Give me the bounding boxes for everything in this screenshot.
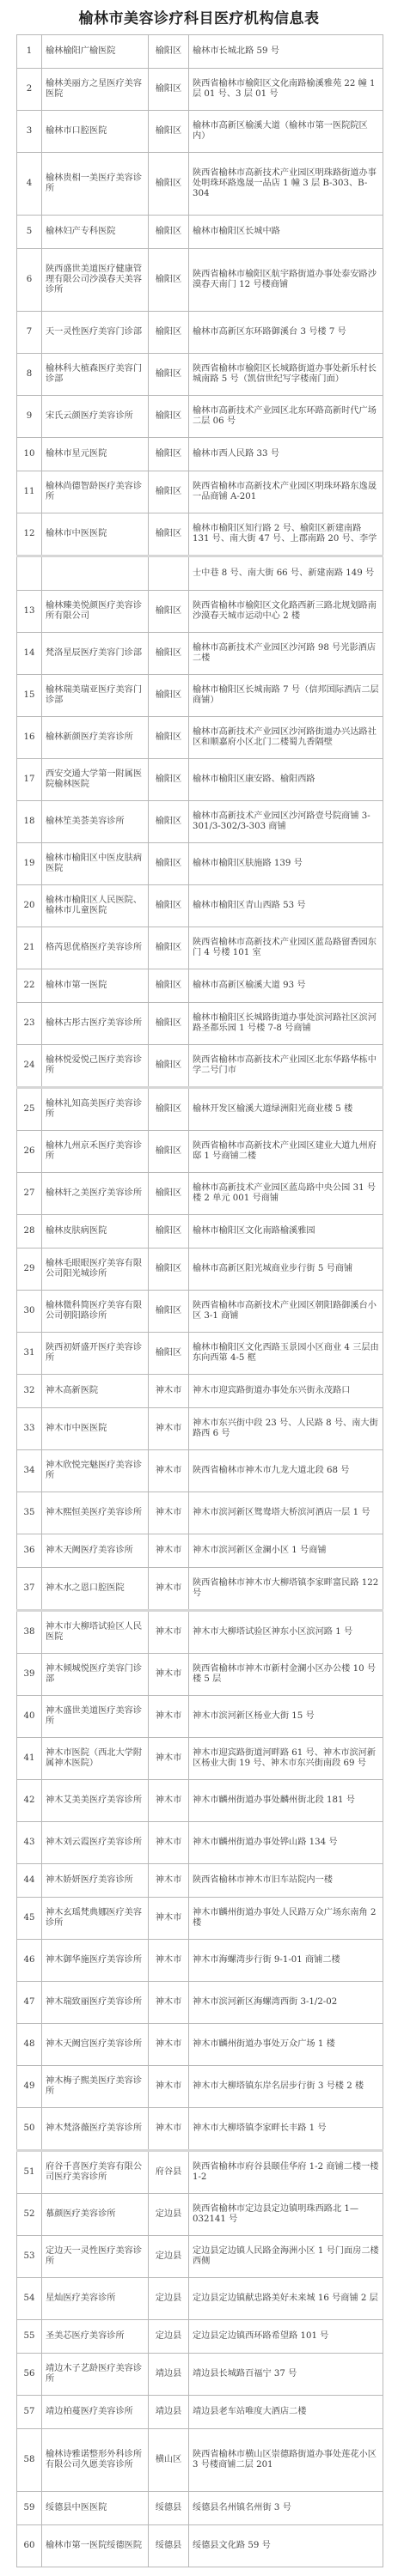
institution-name-text: 靖边木子艺龄医疗美容诊所 [46, 2364, 144, 2385]
table-row: 11榆林尚德智龄医疗美容诊所榆阳区陕西省榆林市高新技术产业园区明珠环路东逸晟一品… [17, 471, 383, 513]
institution-name-cell: 榆林轩之美医疗美容诊所 [42, 1173, 149, 1215]
institution-name-cell: 神木高新医院 [42, 1375, 149, 1408]
institution-name-cell: 神木御华施医疗美容诊所 [42, 1940, 149, 1982]
address-cell: 陕西省榆林市神木市九龙大道北段 68 号 [189, 1450, 383, 1492]
row-number-cell: 30 [17, 1291, 42, 1333]
table-row: 48神木天阙宫医疗美容诊所神木市神木市麟州街道办事处万众广场 1 楼 [17, 2024, 383, 2066]
district-cell: 神木市 [149, 2108, 189, 2151]
district-text: 榆阳区 [152, 411, 185, 422]
row-number-text: 28 [21, 1226, 38, 1236]
district-cell: 榆阳区 [149, 1215, 189, 1249]
address-text: 定边县定边镇人民路金海洲小区 1 号门面房二楼西侧 [193, 2246, 379, 2267]
row-number-text: 51 [21, 2167, 38, 2178]
district-text: 榆阳区 [152, 1104, 185, 1115]
address-cell: 榆林市高新区阳光城商业步行街 5 号商铺 [189, 1249, 383, 1291]
institution-name-cell: 格芮思优格医疗美容诊所 [42, 927, 149, 969]
address-cell: 神木市海螺湾步行街 9-1-01 商铺二楼 [189, 1940, 383, 1982]
address-cell: 陕西省榆林市府谷县颐佳华府 1-2 商铺二楼一楼 1-2 [189, 2151, 383, 2194]
table-row: 52慕颜医疗美容诊所定边县陕西省榆林市定边县定边镇明珠西路北 1—032141 … [17, 2194, 383, 2236]
address-text: 绥德县名州镇名州街 3 号 [193, 2503, 379, 2513]
table-row: 30榆林微科简医疗美容有限公司朝阳路诊所榆阳区陕西省榆林市高新技术产业园区朝阳路… [17, 1291, 383, 1333]
table-row: 21格芮思优格医疗美容诊所榆阳区陕西省榆林市高新技术产业园区蓝岛路留香园东门 4… [17, 927, 383, 969]
address-cell: 神木市麟州街道办事处铧山路 134 号 [189, 1822, 383, 1864]
row-number-cell: 40 [17, 1696, 42, 1738]
institution-name-text: 神木玄瑶梵典娜医疗美容诊所 [46, 1908, 144, 1929]
address-cell: 神木市麟州街道办事处万众广场 1 楼 [189, 2024, 383, 2066]
address-text: 陕西省榆林市榆阳区文化路西新三路北规划路南沙漠春天城市运动中心 2 楼 [193, 601, 379, 622]
row-number-text: 45 [21, 1913, 38, 1923]
row-number-text: 30 [21, 1306, 38, 1316]
district-cell: 神木市 [149, 1492, 189, 1534]
institution-name-text: 圣美芯医疗美容诊所 [46, 2331, 144, 2342]
district-text: 横山区 [152, 2455, 185, 2465]
district-cell: 榆阳区 [149, 927, 189, 969]
address-cell: 榆林市高新技术产业园区蓝岛路中央公园 31 号楼 2 单元 001 号商铺 [189, 1173, 383, 1215]
address-text: 榆林市榆阳区长城中路 [193, 227, 379, 237]
institution-name-cell: 榆林笙美荟美容诊所 [42, 801, 149, 843]
address-text: 靖边县老车站唯度大酒店二楼 [193, 2407, 379, 2417]
address-text: 陕西省榆林市高新技术产业园区北东华路华栋中学二号门市 [193, 1055, 379, 1076]
row-number-text: 5 [21, 227, 38, 237]
address-text: 定边县定边镇献忠路美好未来城 16 号商铺 2 层 [193, 2293, 379, 2304]
district-text: 靖边县 [152, 2369, 185, 2379]
address-text: 榆林市高新技术产业园区沙河路街道办兴达路社区和顺嘉府小区北门二楼蜀九香隔壁 [193, 727, 379, 748]
institution-name-cell: 榆林市星元医院 [42, 438, 149, 471]
district-text: 榆阳区 [152, 1226, 185, 1236]
address-cell: 定边县定边镇西环路希望路 101 号 [189, 2320, 383, 2354]
row-number-text: 6 [21, 275, 38, 285]
institution-name-text: 榆林笙美荟美容诊所 [46, 817, 144, 827]
institution-name-cell: 榆林九州京禾医疗美容诊所 [42, 1131, 149, 1173]
table-row: 4榆林贵相一美医疗美容诊所榆阳区陕西省榆林市高新技术产业园区明珠路街道办事处明珠… [17, 153, 383, 216]
address-text: 神木市麟州街道办事处人民路万众广场东南角 2 楼 [193, 1908, 379, 1929]
row-number-cell: 26 [17, 1131, 42, 1173]
page-title: 榆林市美容诊疗科目医疗机构信息表 [0, 7, 398, 31]
institution-name-cell: 神木市医院（西北大学附属神木医院） [42, 1738, 149, 1780]
institution-name-text: 榆林美丽方之星医疗美容医院 [46, 79, 144, 100]
table-row: 16榆林新颜医疗美容诊所榆阳区榆林市高新技术产业园区沙河路街道办兴达路社区和顺嘉… [17, 717, 383, 759]
address-text: 榆林市榆阳区长城路街道办事处滨河路社区滨河路圣都乐园 1 号楼 7-8 号商铺 [193, 1013, 379, 1034]
address-text: 陕西省榆林市府谷县颐佳华府 1-2 商铺二楼一楼 1-2 [193, 2162, 379, 2183]
row-number-cell: 18 [17, 801, 42, 843]
institution-name-cell: 神木水之恩口腔医院 [42, 1568, 149, 1611]
row-number-text: 4 [21, 179, 38, 189]
institution-name-text: 榆林市榆阳区中医皮肤病医院 [46, 854, 144, 874]
row-number-cell: 16 [17, 717, 42, 759]
institution-name-text: 榆林市榆阳区人民医院、榆林市儿童医院 [46, 896, 144, 916]
row-number-cell: 20 [17, 885, 42, 927]
table-row: 12榆林市中医医院榆阳区榆林市榆阳区知行路 2 号、榆阳区新建南路 131 号、… [17, 513, 383, 556]
row-number-cell: 60 [17, 2525, 42, 2567]
address-cell: 士中巷 8 号、南大街 66 号、新建南路 149 号 [189, 556, 383, 591]
address-text: 神木市麟州街道办事处万众广场 1 楼 [193, 2039, 379, 2050]
row-number-cell: 17 [17, 759, 42, 801]
district-text: 榆阳区 [152, 327, 185, 337]
institution-name-text: 榆林市星元医院 [46, 449, 144, 459]
district-cell: 神木市 [149, 1982, 189, 2024]
row-number-text: 8 [21, 369, 38, 380]
district-text: 神木市 [152, 1583, 185, 1594]
district-text: 榆阳区 [152, 1306, 185, 1316]
district-text: 榆阳区 [152, 981, 185, 991]
district-cell: 神木市 [149, 1822, 189, 1864]
institution-name-text: 神木艾美美医疗美容诊所 [46, 1795, 144, 1806]
address-cell: 绥德县文化路 59 号 [189, 2525, 383, 2567]
district-text: 神木市 [152, 1508, 185, 1518]
row-number-text: 13 [21, 606, 38, 617]
row-number-cell: 22 [17, 969, 42, 1003]
district-text: 定边县 [152, 2331, 185, 2342]
institution-name-text: 神木高新医院 [46, 1386, 144, 1396]
address-cell: 陕西省榆林市高新技术产业园区明珠环路东逸晟一品商铺 A-201 [189, 471, 383, 513]
address-cell: 榆林市高新区榆溪大道（榆林市第一医院院区内） [189, 111, 383, 153]
row-number-text: 12 [21, 529, 38, 539]
institution-name-text: 神木水之恩口腔医院 [46, 1583, 144, 1594]
district-text: 神木市 [152, 2081, 185, 2092]
address-text: 榆林开发区榆溪大道绿洲阳光商业楼 5 楼 [193, 1104, 379, 1115]
row-number-text: 17 [21, 775, 38, 785]
district-text: 榆阳区 [152, 84, 185, 94]
address-text: 陕西省榆林市横山区崇德路街道办事处莲花小区 3 号楼商铺二层 201 [193, 2450, 379, 2470]
address-text: 陕西省榆林市榆阳区文化南路榆溪雅苑 22 幢 1 层 01 号、3 层 01 号 [193, 79, 379, 100]
row-number-cell: 35 [17, 1492, 42, 1534]
row-number-cell: 14 [17, 633, 42, 675]
address-cell: 陕西省榆林市定边县定边镇明珠西路北 1—032141 号 [189, 2194, 383, 2236]
table-row: 6陕西盛世美道医疗健康管理有限公司沙漠春天美容诊所榆阳区陕西省榆林市榆阳区航宇路… [17, 249, 383, 312]
row-number-cell: 13 [17, 591, 42, 633]
table-row: 25榆林礼知高美医疗美容诊所榆阳区榆林开发区榆溪大道绿洲阳光商业楼 5 楼 [17, 1088, 383, 1131]
institution-name-text: 榆林尚德智龄医疗美容诊所 [46, 482, 144, 502]
address-text: 士中巷 8 号、南大街 66 号、新建南路 149 号 [193, 568, 379, 579]
institution-name-cell: 绥德县中医医院 [42, 2492, 149, 2525]
district-cell: 神木市 [149, 1940, 189, 1982]
address-cell: 陕西省榆林市高新技术产业园区建业大道九州府邸 1 号商铺二楼 [189, 1131, 383, 1173]
address-cell: 陕西省榆林市神木市新村金澜小区办公楼 10 号楼 5 层 [189, 1654, 383, 1696]
institution-name-text: 靖边柏蔓医疗美容诊所 [46, 2407, 144, 2417]
row-number-cell: 23 [17, 1003, 42, 1045]
address-cell: 榆林市榆阳区康安路、榆阳西路 [189, 759, 383, 801]
institution-name-text: 慕颜医疗美容诊所 [46, 2209, 144, 2220]
table-row: 20榆林市榆阳区人民医院、榆林市儿童医院榆阳区榆林市榆阳区青山西路 53 号 [17, 885, 383, 927]
institution-name-cell: 神木刘云霞医疗美容诊所 [42, 1822, 149, 1864]
row-number-cell: 54 [17, 2278, 42, 2320]
row-number-cell: 36 [17, 1534, 42, 1568]
institution-name-cell: 榆林臻美悦颜医疗美容诊所有限公司 [42, 591, 149, 633]
row-number-cell: 55 [17, 2320, 42, 2354]
institution-name-cell: 神木倾城悦医疗美容门诊部 [42, 1654, 149, 1696]
address-cell: 神木市大柳塔镇李家畔长丰路 1 号 [189, 2108, 383, 2151]
table-row: 53定边天一灵性医疗美容诊所定边县定边县定边镇人民路金海洲小区 1 号门面房二楼… [17, 2236, 383, 2278]
row-number-cell: 50 [17, 2108, 42, 2151]
table-row: 9宋氏云颜医疗美容诊所榆阳区榆林市高新技术产业园区北东环路高新时代广场二层 06… [17, 396, 383, 438]
row-number-text: 54 [21, 2293, 38, 2304]
row-number-text: 24 [21, 1060, 38, 1071]
district-cell: 榆阳区 [149, 1088, 189, 1131]
district-cell: 神木市 [149, 1568, 189, 1611]
district-cell: 榆阳区 [149, 969, 189, 1003]
address-cell: 陕西省榆林市横山区崇德路街道办事处莲花小区 3 号楼商铺二层 201 [189, 2429, 383, 2492]
table-row: 3榆林市口腔医院榆阳区榆林市高新区榆溪大道（榆林市第一医院院区内） [17, 111, 383, 153]
row-number-cell: 25 [17, 1088, 42, 1131]
row-number-cell: 29 [17, 1249, 42, 1291]
address-cell: 定边县定边镇人民路金海洲小区 1 号门面房二楼西侧 [189, 2236, 383, 2278]
address-text: 榆林市西人民路 33 号 [193, 449, 379, 459]
row-number-cell: 31 [17, 1333, 42, 1375]
address-cell: 榆林市榆阳区知行路 2 号、榆阳区新建南路 131 号、南大街 47 号、上郡南… [189, 513, 383, 556]
row-number-text: 53 [21, 2251, 38, 2262]
institution-name-cell: 星灿医疗美容诊所 [42, 2278, 149, 2320]
row-number-text: 26 [21, 1146, 38, 1157]
address-cell: 陕西省榆林市高新技术产业园区朝阳路御溪台小区 3-1 商铺 [189, 1291, 383, 1333]
address-text: 陕西省榆林市神木市新村金澜小区办公楼 10 号楼 5 层 [193, 1664, 379, 1685]
district-cell: 榆阳区 [149, 759, 189, 801]
institution-name-cell: 榆林新颜医疗美容诊所 [42, 717, 149, 759]
row-number-cell: 7 [17, 312, 42, 354]
table-row: 2榆林美丽方之星医疗美容医院榆阳区陕西省榆林市榆阳区文化南路榆溪雅苑 22 幢 … [17, 69, 383, 111]
address-cell: 陕西省榆林市高新技术产业园区明珠路街道办事处明珠环路逸晟一品店 1 幢 3 层 … [189, 153, 383, 216]
district-text: 神木市 [152, 1466, 185, 1476]
institution-name-text: 榆林榆阳广榆医院 [46, 46, 144, 57]
table-row: 41神木市医院（西北大学附属神木医院）神木市神木市迎宾路街道河畔路 61 号、神… [17, 1738, 383, 1780]
address-cell: 榆林市西人民路 33 号 [189, 438, 383, 471]
district-cell: 神木市 [149, 1738, 189, 1780]
institution-name-cell: 神木娇妍医疗美容诊所 [42, 1864, 149, 1898]
address-text: 陕西省榆林市高新技术产业园区明珠路街道办事处明珠环路逸晟一品店 1 幢 3 层 … [193, 168, 379, 200]
district-text: 定边县 [152, 2293, 185, 2304]
row-number-cell: 32 [17, 1375, 42, 1408]
row-number-text: 14 [21, 648, 38, 659]
institution-name-cell: 榆林皮肤病医院 [42, 1215, 149, 1249]
address-text: 神木市大柳塔镇李家畔长丰路 1 号 [193, 2123, 379, 2134]
row-number-text: 34 [21, 1466, 38, 1476]
district-cell: 神木市 [149, 1898, 189, 1940]
address-cell: 神木市滨河新区海螺湾西街 3-1/2-02 [189, 1982, 383, 2024]
institution-name-text: 榆林诗雅诺整形外科诊所有限公司久愿美容诊所 [46, 2450, 144, 2470]
address-cell: 神木市麟州街道办事处麟州街北段 181 号 [189, 1780, 383, 1822]
institution-name-cell: 榆林毛眼眼医疗美容有限公司阳光城诊所 [42, 1249, 149, 1291]
table-row: 19榆林市榆阳区中医皮肤病医院榆阳区榆林市榆阳区肤施路 139 号 [17, 843, 383, 885]
row-number-text: 46 [21, 1955, 38, 1965]
table-row: 57靖边柏蔓医疗美容诊所靖边县靖边县老车站唯度大酒店二楼 [17, 2396, 383, 2429]
row-number-text: 35 [21, 1508, 38, 1518]
row-number-cell: 21 [17, 927, 42, 969]
row-number-text: 33 [21, 1424, 38, 1434]
row-number-cell [17, 556, 42, 591]
district-cell: 榆阳区 [149, 675, 189, 717]
row-number-text: 11 [21, 487, 38, 497]
address-cell: 陕西省榆林市高新技术产业园区北东华路华栋中学二号门市 [189, 1045, 383, 1088]
address-text: 榆林市高新技术产业园区蓝岛路中央公园 31 号楼 2 单元 001 号商铺 [193, 1183, 379, 1204]
address-cell: 榆林市高新技术产业园区沙河路 98 号光影酒店二楼 [189, 633, 383, 675]
address-text: 榆林市高新区榆溪大道 93 号 [193, 981, 379, 991]
institution-name-text: 府谷千喜医疗美容有限公司医疗美容诊所 [46, 2162, 144, 2183]
row-number-cell: 46 [17, 1940, 42, 1982]
row-number-cell: 47 [17, 1982, 42, 2024]
table-row: 49神木梅子熙美医疗美容诊所神木市神木市大柳塔镇东岸名居步行街 3 号楼 2 楼 [17, 2066, 383, 2108]
district-cell: 榆阳区 [149, 354, 189, 396]
address-text: 陕西省榆林市神木市九龙大道北段 68 号 [193, 1466, 379, 1476]
address-text: 靖边县长城路百福宁 37 号 [193, 2369, 379, 2379]
institution-name-text: 神木御华施医疗美容诊所 [46, 1955, 144, 1965]
district-text: 神木市 [152, 1386, 185, 1396]
address-text: 神木市迎宾路街道河畔路 61 号、神木市滨河新区杨业大街 19 号、神木市东兴街… [193, 1748, 379, 1769]
table-row: 24榆林悦爱悦己医疗美容诊所榆阳区陕西省榆林市高新技术产业园区北东华路华栋中学二… [17, 1045, 383, 1088]
table-row: 60榆林市第一医院绥德医院绥德县绥德县文化路 59 号 [17, 2525, 383, 2567]
address-text: 陕西省榆林市神木市旧车站院内一楼 [193, 1875, 379, 1886]
row-number-text: 49 [21, 2081, 38, 2092]
address-cell: 榆林市长城北路 59 号 [189, 35, 383, 69]
address-cell: 神木市麟州街道办事处人民路万众广场东南角 2 楼 [189, 1898, 383, 1940]
address-text: 榆林市高新区东环路御溪台 3 号楼 7 号 [193, 327, 379, 337]
district-text: 神木市 [152, 1795, 185, 1806]
table-row: 32神木高新医院神木市神木市迎宾路街道办事处东兴街永茂路口 [17, 1375, 383, 1408]
address-cell: 榆林市高新技术产业园区沙河路街道办兴达路社区和顺嘉府小区北门二楼蜀九香隔壁 [189, 717, 383, 759]
institution-name-text: 榆林九州京禾医疗美容诊所 [46, 1141, 144, 1162]
institution-table: 1榆林榆阳广榆医院榆阳区榆林市长城北路 59 号2榆林美丽方之星医疗美容医院榆阳… [16, 34, 383, 2567]
row-number-text: 48 [21, 2039, 38, 2050]
row-number-cell: 4 [17, 153, 42, 216]
district-text: 定边县 [152, 2209, 185, 2220]
table-row: 38神木市大柳塔试验区人民医院神木市神木市大柳塔试验区神东小区滨河路 1 号 [17, 1611, 383, 1654]
district-cell: 榆阳区 [149, 843, 189, 885]
address-cell: 榆林开发区榆溪大道绿洲阳光商业楼 5 楼 [189, 1088, 383, 1131]
institution-name-text: 神木娇妍医疗美容诊所 [46, 1875, 144, 1886]
district-cell: 绥德县 [149, 2525, 189, 2567]
row-number-text: 52 [21, 2209, 38, 2220]
address-cell: 神木市东兴街中段 23 号、人民路 8 号、南大街路西 6 号 [189, 1408, 383, 1450]
table-row: 46神木御华施医疗美容诊所神木市神木市海螺湾步行街 9-1-01 商铺二楼 [17, 1940, 383, 1982]
row-number-text: 42 [21, 1795, 38, 1806]
row-number-cell: 37 [17, 1568, 42, 1611]
district-text: 榆阳区 [152, 1060, 185, 1071]
institution-name-cell: 神木欣悦完魅医疗美容诊所 [42, 1450, 149, 1492]
table-row: 37神木水之恩口腔医院神木市陕西省榆林市神木市大柳塔镇李家畔富民路 122 号 [17, 1568, 383, 1611]
table-row: 5榆林妇产专科医院榆阳区榆林市榆阳区长城中路 [17, 216, 383, 249]
district-cell: 靖边县 [149, 2396, 189, 2429]
institution-name-cell: 榆林科大植森医疗美容门诊部 [42, 354, 149, 396]
address-cell: 陕西省榆林市神木市大柳塔镇李家畔富民路 122 号 [189, 1568, 383, 1611]
district-text: 神木市 [152, 1669, 185, 1680]
district-cell: 榆阳区 [149, 1249, 189, 1291]
address-text: 榆林市长城北路 59 号 [193, 46, 379, 57]
row-number-text: 57 [21, 2407, 38, 2417]
row-number-text: 19 [21, 859, 38, 869]
district-text: 神木市 [152, 1913, 185, 1923]
district-text: 榆阳区 [152, 275, 185, 285]
table-row: 44神木娇妍医疗美容诊所神木市陕西省榆林市神木市旧车站院内一楼 [17, 1864, 383, 1898]
row-number-cell: 27 [17, 1173, 42, 1215]
row-number-text: 9 [21, 411, 38, 422]
address-cell: 榆林市榆阳区长城路街道办事处滨河路社区滨河路圣都乐园 1 号楼 7-8 号商铺 [189, 1003, 383, 1045]
district-cell: 榆阳区 [149, 438, 189, 471]
institution-name-cell: 榆林礼知高美医疗美容诊所 [42, 1088, 149, 1131]
row-number-cell: 9 [17, 396, 42, 438]
address-cell: 榆林市榆阳区文化西路玉景园小区商业 4 三层由东向西第 4-5 框 [189, 1333, 383, 1375]
district-text: 神木市 [152, 1838, 185, 1848]
institution-name-cell: 天一灵性医疗美容门诊部 [42, 312, 149, 354]
district-cell: 榆阳区 [149, 396, 189, 438]
address-cell: 榆林市榆阳区长城南路 7 号（信邦国际酒店二层商铺） [189, 675, 383, 717]
address-text: 榆林市榆阳区肤施路 139 号 [193, 859, 379, 869]
institution-name-cell: 神木梵洛薇医疗美容诊所 [42, 2108, 149, 2151]
row-number-text: 38 [21, 1627, 38, 1637]
institution-name-text: 榆林妇产专科医院 [46, 227, 144, 237]
address-cell: 榆林市高新区榆溪大道 93 号 [189, 969, 383, 1003]
address-cell: 榆林市榆阳区文化南路榆溪雅园 [189, 1215, 383, 1249]
institution-name-text: 宋氏云颜医疗美容诊所 [46, 411, 144, 422]
row-number-cell: 43 [17, 1822, 42, 1864]
district-text: 神木市 [152, 1753, 185, 1764]
district-cell: 榆阳区 [149, 1131, 189, 1173]
address-cell: 神木市迎宾路街道办事处东兴街永茂路口 [189, 1375, 383, 1408]
address-cell: 榆林市高新技术产业园区北东环路高新时代广场二层 06 号 [189, 396, 383, 438]
row-number-text: 2 [21, 84, 38, 94]
address-text: 榆林市榆阳区康安路、榆阳西路 [193, 775, 379, 785]
address-text: 神木市迎宾路街道办事处东兴街永茂路口 [193, 1386, 379, 1396]
district-cell: 神木市 [149, 1864, 189, 1898]
institution-name-cell: 神木玄瑶梵典娜医疗美容诊所 [42, 1898, 149, 1940]
institution-name-cell: 榆林悦爱悦己医疗美容诊所 [42, 1045, 149, 1088]
address-text: 陕西省榆林市高新技术产业园区蓝岛路留香园东门 4 号楼 101 室 [193, 938, 379, 958]
institution-name-text: 榆林瑞美瑞亚医疗美容门诊部 [46, 685, 144, 706]
table-row: 13榆林臻美悦颜医疗美容诊所有限公司榆阳区陕西省榆林市榆阳区文化路西新三路北规划… [17, 591, 383, 633]
district-text: 神木市 [152, 1546, 185, 1556]
institution-name-text: 榆林新颜医疗美容诊所 [46, 732, 144, 743]
institution-name-cell: 神木艾美美医疗美容诊所 [42, 1780, 149, 1822]
district-text: 榆阳区 [152, 179, 185, 189]
table-row: 23榆林古彤古医疗美容诊所榆阳区榆林市榆阳区长城路街道办事处滨河路社区滨河路圣都… [17, 1003, 383, 1045]
address-text: 定边县定边镇西环路希望路 101 号 [193, 2331, 379, 2342]
institution-name-text: 神木市中医医院 [46, 1424, 144, 1434]
address-cell: 榆林市榆阳区肤施路 139 号 [189, 843, 383, 885]
district-text: 榆阳区 [152, 943, 185, 953]
table-row: 50神木梵洛薇医疗美容诊所神木市神木市大柳塔镇李家畔长丰路 1 号 [17, 2108, 383, 2151]
table-row: 29榆林毛眼眼医疗美容有限公司阳光城诊所榆阳区榆林市高新区阳光城商业步行街 5 … [17, 1249, 383, 1291]
institution-name-cell: 梵洛星辰医疗美容门诊部 [42, 633, 149, 675]
district-text: 榆阳区 [152, 1188, 185, 1199]
row-number-cell: 2 [17, 69, 42, 111]
row-number-cell: 49 [17, 2066, 42, 2108]
institution-name-text: 榆林市第一医院 [46, 981, 144, 991]
address-cell: 神木市滨河新区鸳鸯塔大桥滨河酒店一层 1 号 [189, 1492, 383, 1534]
address-cell: 绥德县名州镇名州街 3 号 [189, 2492, 383, 2525]
address-text: 神木市大柳塔镇东岸名居步行街 3 号楼 2 楼 [193, 2081, 379, 2092]
row-number-cell: 45 [17, 1898, 42, 1940]
district-text: 榆阳区 [152, 901, 185, 911]
institution-name-text: 榆林轩之美医疗美容诊所 [46, 1188, 144, 1199]
address-text: 陕西省榆林市高新技术产业园区建业大道九州府邸 1 号商铺二楼 [193, 1141, 379, 1162]
institution-name-cell: 榆林妇产专科医院 [42, 216, 149, 249]
address-cell: 陕西省榆林市神木市旧车站院内一楼 [189, 1864, 383, 1898]
district-cell: 神木市 [149, 1408, 189, 1450]
district-cell: 榆阳区 [149, 513, 189, 556]
institution-name-cell: 慕颜医疗美容诊所 [42, 2194, 149, 2236]
institution-name-text: 榆林市第一医院绥德医院 [46, 2541, 144, 2551]
address-text: 榆林市榆阳区长城南路 7 号（信邦国际酒店二层商铺） [193, 685, 379, 706]
address-cell: 榆林市榆阳区长城中路 [189, 216, 383, 249]
address-text: 陕西省榆林市榆阳区航宇路街道办事处泰安路沙漠春天南门 12 号楼商铺 [193, 270, 379, 290]
table-row: 40神木盛世美道医疗美容诊所神木市神木市滨河新区杨业大街 15 号 [17, 1696, 383, 1738]
district-cell: 榆阳区 [149, 1291, 189, 1333]
institution-name-text: 榆林礼知高美医疗美容诊所 [46, 1099, 144, 1120]
institution-name-cell: 榆林美丽方之星医疗美容医院 [42, 69, 149, 111]
address-text: 榆林市榆阳区文化南路榆溪雅园 [193, 1226, 379, 1236]
row-number-cell: 15 [17, 675, 42, 717]
district-cell: 榆阳区 [149, 69, 189, 111]
district-text: 绥德县 [152, 2541, 185, 2551]
district-text: 榆阳区 [152, 227, 185, 237]
table-row: 45神木玄瑶梵典娜医疗美容诊所神木市神木市麟州街道办事处人民路万众广场东南角 2… [17, 1898, 383, 1940]
